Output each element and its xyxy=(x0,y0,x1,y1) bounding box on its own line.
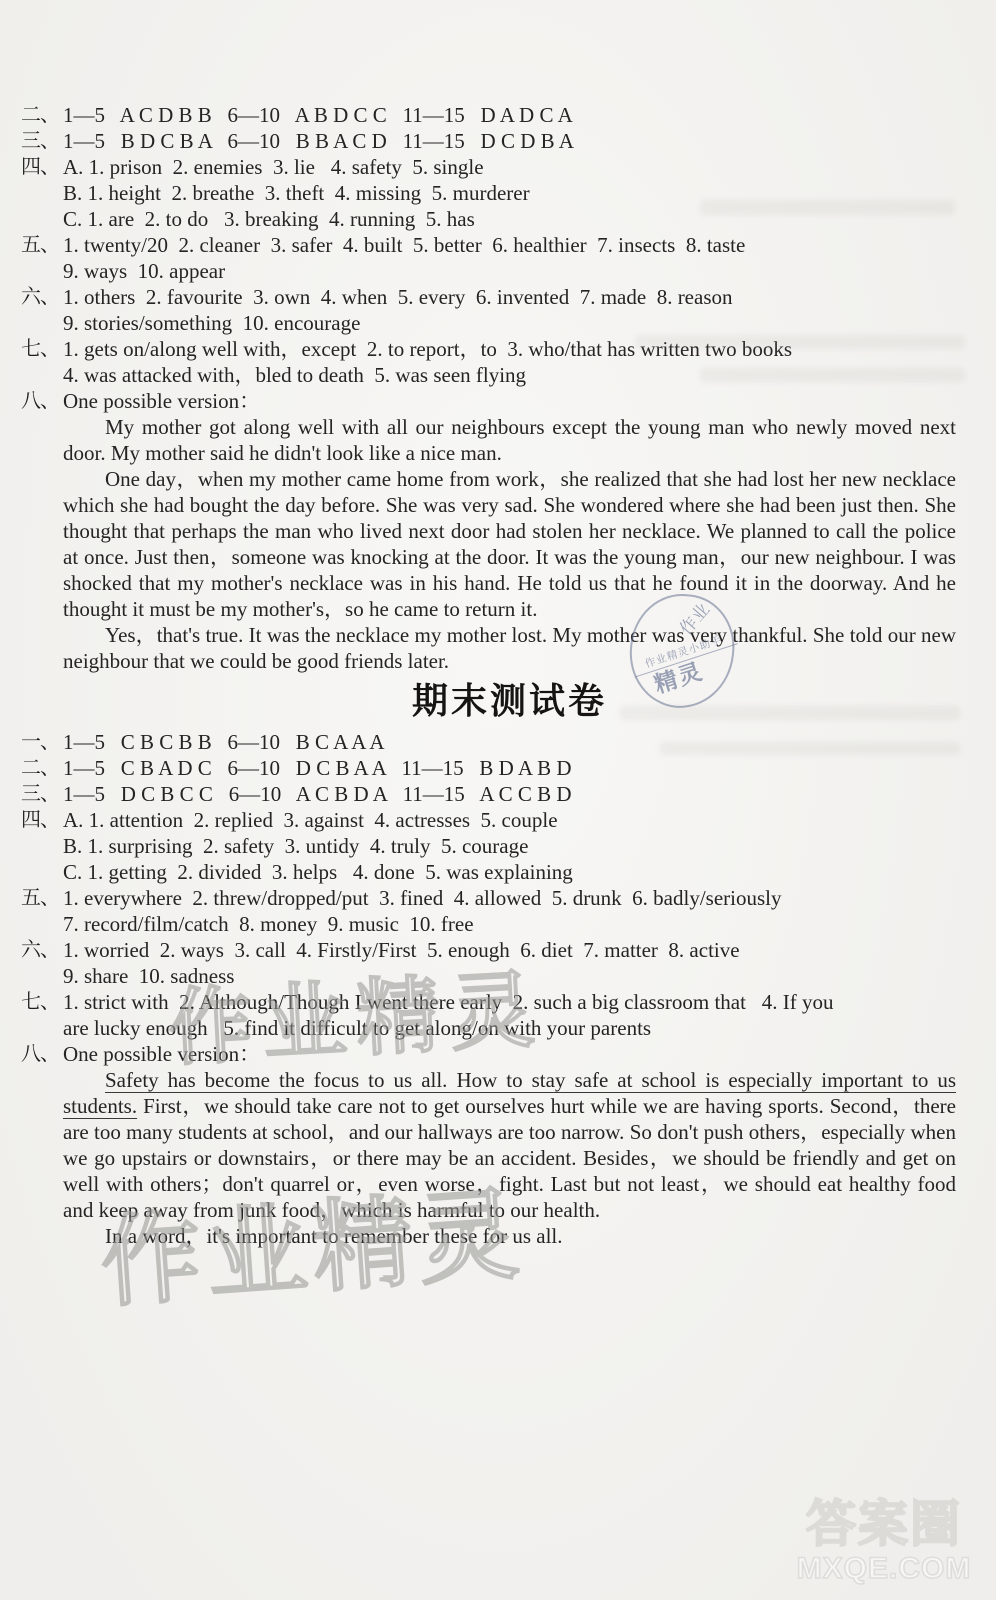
answer-line: One possible version： xyxy=(63,1041,956,1067)
answer-line: B. 1. surprising 2. safety 3. untidy 4. … xyxy=(63,833,956,859)
item-marker: 五、 xyxy=(21,885,59,911)
item-marker: 三、 xyxy=(21,128,59,154)
page-content: 二、 1—5 A C D B B 6—10 A B D C C 11—15 D … xyxy=(63,102,956,1249)
answer-item: 四、 A. 1. attention 2. replied 3. against… xyxy=(63,807,956,885)
answer-item: 二、 1—5 C B A D C 6—10 D C B A A 11—15 B … xyxy=(63,755,956,781)
answer-line: A. 1. attention 2. replied 3. against 4.… xyxy=(63,807,956,833)
essay-paragraph: One day，when my mother came home from wo… xyxy=(63,466,956,622)
model-essay-2: Safety has become the focus to us all. H… xyxy=(63,1067,956,1249)
answer-line: 1. strict with 2. Although/Though I went… xyxy=(63,989,956,1015)
answer-line: 1—5 B D C B A 6—10 B B A C D 11—15 D C D… xyxy=(63,128,956,154)
answer-item: 四、 A. 1. prison 2. enemies 3. lie 4. saf… xyxy=(63,154,956,232)
brand-text: 答案圈 xyxy=(784,1496,984,1552)
answer-item: 七、 1. strict with 2. Although/Though I w… xyxy=(63,989,956,1041)
answer-line: 1. twenty/20 2. cleaner 3. safer 4. buil… xyxy=(63,232,956,258)
answer-line: 7. record/film/catch 8. money 9. music 1… xyxy=(63,911,956,937)
bleed-through-smudge xyxy=(700,200,955,215)
answer-line: 9. ways 10. appear xyxy=(63,258,956,284)
scanned-answer-page: 二、 1—5 A C D B B 6—10 A B D C C 11—15 D … xyxy=(0,0,996,1600)
answer-line: 1—5 C B A D C 6—10 D C B A A 11—15 B D A… xyxy=(63,755,956,781)
answer-item: 六、 1. others 2. favourite 3. own 4. when… xyxy=(63,284,956,336)
bleed-through-smudge xyxy=(700,368,965,382)
answer-line: 9. share 10. sadness xyxy=(63,963,956,989)
answer-item: 三、 1—5 B D C B A 6—10 B B A C D 11—15 D … xyxy=(63,128,956,154)
item-marker: 一、 xyxy=(21,729,59,755)
answer-line: 1. worried 2. ways 3. call 4. Firstly/Fi… xyxy=(63,937,956,963)
answer-line: 9. stories/something 10. encourage xyxy=(63,310,956,336)
essay-text: First，we should take care not to get our… xyxy=(63,1094,956,1222)
exam1-answer-section: 二、 1—5 A C D B B 6—10 A B D C C 11—15 D … xyxy=(63,102,956,674)
model-essay-1: My mother got along well with all our ne… xyxy=(63,414,956,674)
answer-item: 五、 1. twenty/20 2. cleaner 3. safer 4. b… xyxy=(63,232,956,284)
stamp-text-top: 作业 xyxy=(672,596,714,640)
item-marker: 六、 xyxy=(21,284,59,310)
answer-line: 1. everywhere 2. threw/dropped/put 3. fi… xyxy=(63,885,956,911)
essay-paragraph: My mother got along well with all our ne… xyxy=(63,414,956,466)
site-text: MXQE.COM xyxy=(784,1552,984,1586)
answer-item: 八、 One possible version： xyxy=(63,388,956,414)
answer-item: 五、 1. everywhere 2. threw/dropped/put 3.… xyxy=(63,885,956,937)
bleed-through-smudge xyxy=(620,706,960,720)
answer-item: 八、 One possible version： xyxy=(63,1041,956,1067)
item-marker: 二、 xyxy=(21,755,59,781)
exam2-answer-section: 一、 1—5 C B C B B 6—10 B C A A A 二、 1—5 C… xyxy=(63,729,956,1249)
item-marker: 六、 xyxy=(21,937,59,963)
answer-line: 1. others 2. favourite 3. own 4. when 5.… xyxy=(63,284,956,310)
answer-item: 三、 1—5 D C B C C 6—10 A C B D A 11—15 A … xyxy=(63,781,956,807)
answer-line: A. 1. prison 2. enemies 3. lie 4. safety… xyxy=(63,154,956,180)
essay-paragraph: In a word，it's important to remember the… xyxy=(63,1223,956,1249)
item-marker: 七、 xyxy=(21,989,59,1015)
item-marker: 八、 xyxy=(21,388,59,414)
answer-line: 1—5 D C B C C 6—10 A C B D A 11—15 A C C… xyxy=(63,781,956,807)
item-marker: 八、 xyxy=(21,1041,59,1067)
brand-logo: 答案圈 MXQE.COM xyxy=(784,1496,984,1586)
answer-line: C. 1. getting 2. divided 3. helps 4. don… xyxy=(63,859,956,885)
item-marker: 三、 xyxy=(21,781,59,807)
bleed-through-smudge xyxy=(660,742,960,755)
answer-line: 1—5 A C D B B 6—10 A B D C C 11—15 D A D… xyxy=(63,102,956,128)
essay-paragraph: Yes，that's true. It was the necklace my … xyxy=(63,622,956,674)
answer-line: are lucky enough 5. find it difficult to… xyxy=(63,1015,956,1041)
answer-item: 二、 1—5 A C D B B 6—10 A B D C C 11—15 D … xyxy=(63,102,956,128)
bleed-through-smudge xyxy=(635,335,965,349)
answer-item: 六、 1. worried 2. ways 3. call 4. Firstly… xyxy=(63,937,956,989)
item-marker: 四、 xyxy=(21,807,59,833)
essay-paragraph: Safety has become the focus to us all. H… xyxy=(63,1067,956,1223)
item-marker: 五、 xyxy=(21,232,59,258)
answer-line: One possible version： xyxy=(63,388,956,414)
item-marker: 二、 xyxy=(21,102,59,128)
item-marker: 四、 xyxy=(21,154,59,180)
item-marker: 七、 xyxy=(21,336,59,362)
